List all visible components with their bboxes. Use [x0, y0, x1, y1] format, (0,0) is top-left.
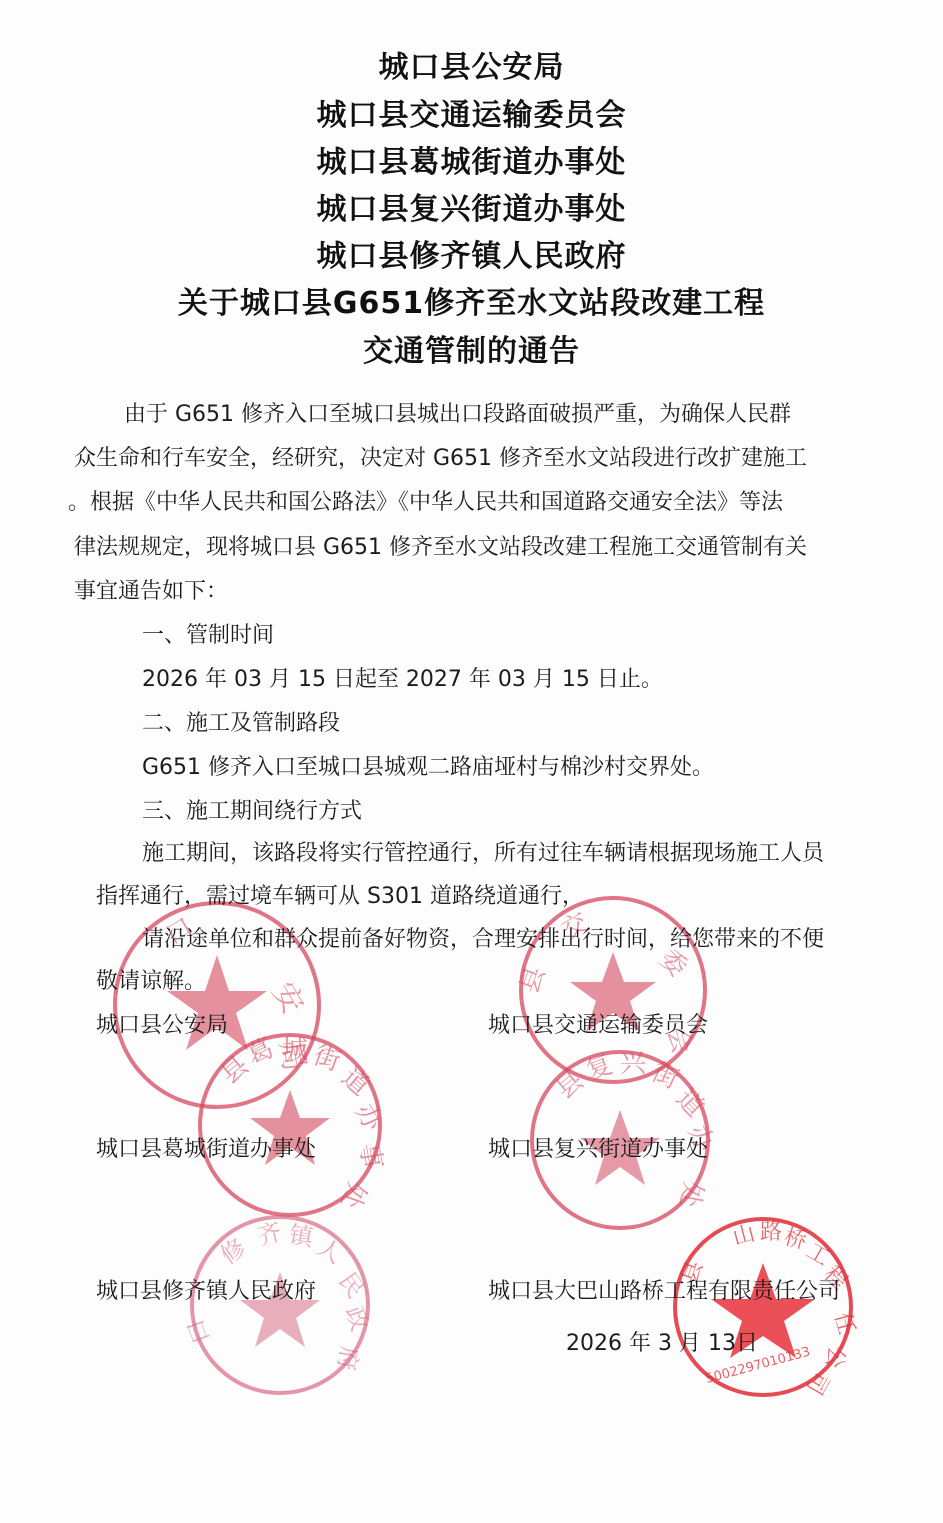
svg-text:齐: 齐	[254, 1218, 284, 1251]
svg-text:道: 道	[336, 1062, 375, 1102]
issuer-public-security: 城口县公安局	[0, 42, 943, 86]
svg-text:安: 安	[265, 977, 310, 1020]
section-heading: 二、施工及管制路段	[142, 706, 340, 737]
xiuqi-town-seal: 修 齐 镇 人 民 政 府 口	[180, 1210, 390, 1414]
intro-line: 由于 G651 修齐入口至城口县城出口段路面破损严重，为确保人民群	[124, 397, 791, 428]
intro-line: 众生命和行车安全，经研究，决定对 G651 修齐至水文站段进行改扩建施工	[74, 441, 807, 472]
svg-text:公: 公	[820, 1344, 848, 1370]
svg-text:政: 政	[339, 1302, 374, 1334]
svg-text:街: 街	[310, 1040, 345, 1077]
svg-text:复: 复	[582, 1049, 617, 1086]
signatory-transport-committee: 城口县交通运输委员会	[488, 1008, 708, 1039]
svg-text:民: 民	[333, 1267, 370, 1303]
svg-text:司: 司	[801, 1367, 834, 1399]
intro-line: 。根据《中华人民共和国公路法》《中华人民共和国道路交通安全法》等法	[68, 485, 783, 516]
svg-text:县: 县	[550, 1066, 589, 1106]
svg-text:府: 府	[332, 1344, 364, 1372]
issuer-xiuqi-town: 城口县修齐镇人民政府	[0, 231, 943, 275]
svg-text:葛: 葛	[242, 1033, 278, 1071]
svg-text:桥: 桥	[781, 1225, 809, 1255]
signatory-gecheng-street: 城口县葛城街道办事处	[96, 1132, 316, 1163]
svg-text:街: 街	[647, 1057, 683, 1095]
intro-line: 事宜通告如下：	[74, 574, 228, 605]
svg-text:县: 县	[514, 963, 551, 998]
svg-text:办: 办	[349, 1099, 388, 1137]
svg-text:镇: 镇	[287, 1220, 317, 1252]
intro-line: 律法规规定，现将城口县 G651 修齐至水文站段改建工程施工交通管制有关	[74, 530, 807, 561]
section-heading: 三、施工期间绕行方式	[142, 794, 362, 825]
svg-text:工: 工	[802, 1239, 834, 1272]
signatory-public-security: 城口县公安局	[96, 1008, 228, 1039]
svg-text:局: 局	[272, 1038, 312, 1074]
svg-text:县: 县	[215, 1051, 254, 1091]
svg-text:修: 修	[215, 1233, 251, 1270]
section-content: 施工期间，该路段将实行管控通行，所有过往车辆请根据现场施工人员	[142, 836, 824, 867]
signatory-xiuqi-town: 城口县修齐镇人民政府	[96, 1274, 316, 1305]
section-content: G651 修齐入口至城口县城观二路庙垭村与棉沙村交界处。	[142, 750, 714, 781]
closing-line: 敬请谅解。	[96, 964, 206, 995]
issue-date: 2026 年 3 月 13日	[566, 1326, 758, 1357]
svg-text:口: 口	[181, 1315, 216, 1347]
issuer-transport-committee: 城口县交通运输委员会	[0, 90, 943, 134]
svg-text:山: 山	[730, 1221, 758, 1251]
title-line-1: 关于城口县G651修齐至水文站段改建工程	[0, 278, 943, 322]
section-content: 2026 年 03 月 15 日起至 2027 年 03 月 15 日止。	[142, 662, 663, 693]
closing-line: 请沿途单位和群众提前备好物资，合理安排出行时间，给您带来的不便	[142, 922, 824, 953]
section-heading: 一、管制时间	[142, 618, 274, 649]
svg-text:处: 处	[335, 1178, 372, 1213]
signatory-dabashan-company: 城口县大巴山路桥工程有限责任公司	[488, 1274, 840, 1305]
svg-text:道: 道	[670, 1084, 710, 1124]
svg-text:兴: 兴	[620, 1049, 647, 1079]
svg-text:任: 任	[829, 1310, 859, 1338]
svg-text:路: 路	[760, 1220, 782, 1245]
section-content: 指挥通行，需过境车辆可从 S301 道路绕道通行，	[96, 879, 584, 910]
title-line-2: 交通管制的通告	[0, 326, 943, 370]
issuer-gecheng-street: 城口县葛城街道办事处	[0, 137, 943, 181]
svg-text:处: 处	[674, 1179, 708, 1210]
issuer-fuxing-street: 城口县复兴街道办事处	[0, 184, 943, 228]
svg-text:事: 事	[353, 1141, 387, 1172]
signatory-fuxing-street: 城口县复兴街道办事处	[488, 1132, 708, 1163]
dabashan-company-seal: 山 路 桥 工 程 任 公 司 县 5002297010133	[665, 1215, 865, 1419]
svg-text:城: 城	[282, 1035, 308, 1065]
svg-text:人: 人	[312, 1233, 347, 1269]
